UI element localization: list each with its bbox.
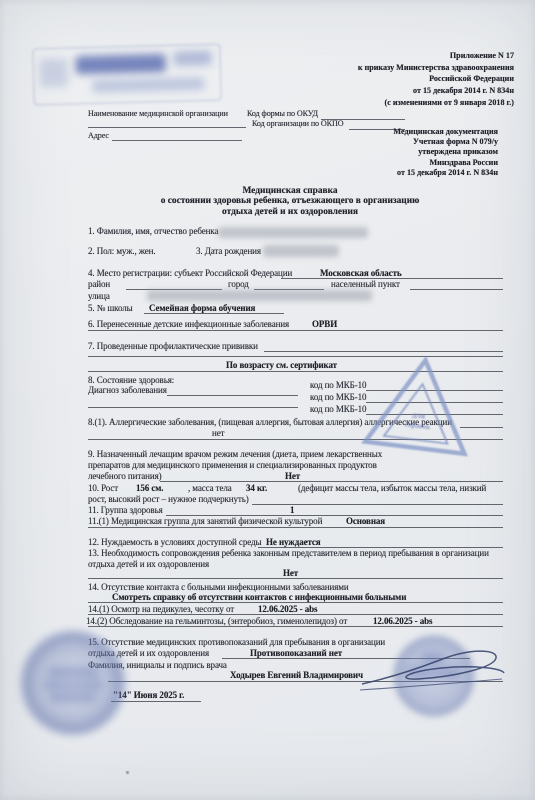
redacted-birth-date: [263, 245, 339, 257]
round-seal-left: [18, 628, 128, 738]
field-9-underline: [160, 481, 503, 482]
org-name-label: Наименование медицинской организации: [88, 109, 228, 118]
field-12-value: Не нуждается: [266, 537, 321, 547]
field-10-height-value: 156 см.: [136, 483, 163, 493]
field-5-label: 5. № школы: [88, 303, 133, 313]
field-4-label: 4. Место регистрации: субъект Российской…: [88, 268, 292, 278]
field-8-1-value: нет: [212, 428, 224, 438]
field-13-line1: 13. Необходимость сопровождения ребенка …: [88, 548, 489, 558]
field-9-line1: 9. Назначенный лечащим врачом режим лече…: [88, 449, 382, 459]
field-4-np-label: населенный пункт: [331, 279, 400, 289]
document-title: Медицинская справка о состоянии здоровья…: [60, 186, 520, 217]
stamp-text-blur: [76, 54, 166, 74]
signature-stroke: [362, 651, 504, 684]
field-4-gorod-label: город: [228, 279, 249, 289]
field-8-diag-label: Диагноз заболевания: [88, 385, 167, 395]
triangle-stamp-outer: [365, 354, 475, 454]
triangle-stamp-text: для: [412, 410, 427, 421]
doctor-signature: [356, 638, 508, 696]
field-11-value: 1: [290, 505, 294, 515]
triangle-stamp-text: справок: [404, 420, 432, 431]
appendix-line: Приложение N 17: [214, 50, 514, 62]
field-9-value: Нет: [285, 471, 300, 481]
field-8-label: 8. Состояние здоровья:: [88, 375, 174, 385]
field-4-raion-label: район: [88, 279, 110, 289]
field-14-1-underline: [88, 614, 503, 615]
doc-form-line: утверждена приказом: [238, 147, 498, 157]
paper-speck: [126, 771, 129, 774]
doc-form-block: Медицинская документация Учетная форма N…: [238, 127, 498, 178]
doc-form-line: от 15 декабря 2014 г. N 834н: [238, 168, 498, 178]
field-4-street-label: улица: [88, 291, 110, 301]
okud-label: Код формы по ОКУД: [247, 109, 318, 118]
field-13-value: Нет: [283, 568, 298, 578]
appendix-line: (с изменениями от 9 января 2018 г.): [214, 97, 514, 109]
field-11-label: 11. Группа здоровья: [88, 505, 163, 515]
field-14-1-value: 12.06.2025 - abs: [258, 604, 317, 614]
field-14-value: Смотреть справку об отсутствии контактов…: [112, 592, 406, 602]
diag-underline-2: [88, 407, 298, 408]
stamp-text-blur: [92, 77, 204, 93]
doc-form-line: Медицинская документация: [238, 127, 498, 137]
triangle-stamp: для справок: [360, 350, 479, 460]
stamp-emblem-blur: [40, 59, 69, 88]
field-6-underline: [88, 330, 503, 331]
mkb-label-2: код по МКБ-10: [310, 392, 366, 402]
seal-text-blur: [48, 668, 98, 677]
field-1-label: 1. Фамилия, имя, отчество ребенка: [88, 226, 218, 236]
stamp-text-blur: [173, 51, 211, 66]
field-14-underline: [88, 602, 503, 603]
address-label: Адрес: [88, 131, 109, 140]
mkb-label-1: код по МКБ-10: [310, 380, 366, 390]
org-name-underline: [88, 127, 246, 128]
signature-stroke: [360, 679, 502, 690]
field-11-1-value: Основная: [346, 516, 385, 526]
title-line: о состоянии здоровья ребенка, отъезжающе…: [60, 196, 520, 206]
field-13-line2: отдыха детей и их оздоровления: [88, 559, 209, 569]
mkb-label-3: код по МКБ-10: [310, 404, 366, 414]
appendix-line: Российской Федерации: [214, 73, 514, 85]
doctor-name: Ходырев Евгений Владимирович: [230, 670, 363, 680]
np-underline: [410, 289, 503, 290]
field-15-value: Противопоказаний нет: [250, 648, 342, 658]
field-14-2-underline: [88, 626, 503, 627]
diag-underline-1: [167, 395, 298, 396]
field-11-1-underline: [88, 527, 503, 528]
field-11-1-label: 11.(1) Медицинская группа для занятий фи…: [88, 516, 322, 526]
field-10-note1: (дефицит массы тела, избыток массы тела,…: [298, 483, 486, 493]
title-line: отдыха детей и их оздоровления: [60, 207, 520, 217]
title-line: Медицинская справка: [60, 186, 520, 196]
field-2-label: 2. Пол: муж., жен.: [88, 246, 156, 256]
field-14-label: 14. Отсутствие контакта с больными инфек…: [88, 582, 349, 592]
field-7-label: 7. Проведенные профилактические прививки: [88, 341, 258, 351]
field-10-label: 10. Рост: [88, 483, 118, 493]
appendix-line: к приказу Министерства здравоохранения: [214, 62, 514, 74]
field-13-underline: [88, 578, 503, 579]
field-9-line2: препаратов для медицинского применения и…: [88, 460, 377, 470]
seal-text-blur: [44, 681, 102, 689]
document-photo: Приложение N 17 к приказу Министерства з…: [0, 0, 535, 800]
field-10-mass-label: , масса тела: [188, 483, 232, 493]
field-5-value: Семейная форма обучения: [149, 303, 255, 313]
doc-form-line: Минздрава России: [238, 158, 498, 168]
field-7-underline-2: [88, 356, 503, 357]
field-5-underline: [144, 313, 284, 314]
field-10-note2: рост, высокий рост – нужное подчеркнуть): [88, 494, 249, 504]
field-12-label: 12. Нуждаемость в условиях доступной сре…: [88, 537, 261, 547]
redacted-street: [147, 290, 372, 301]
field-6-label: 6. Перенесенные детские инфекционные заб…: [88, 319, 289, 329]
field-6-value: ОРВИ: [312, 319, 337, 329]
seal-text-blur: [50, 693, 96, 701]
field-9-line3: лечебного питания): [88, 471, 162, 481]
appendix-line: от 15 декабря 2014 г. N 834н: [214, 85, 514, 97]
top-left-stamp: [32, 44, 221, 106]
field-10-mass-value: 34 кг.: [246, 483, 267, 493]
appendix-block: Приложение N 17 к приказу Министерства з…: [214, 50, 514, 109]
address-underline: [112, 140, 242, 141]
field-3-label: 3. Дата рождения: [196, 246, 261, 256]
field-14-2-label: 14.(2) Обследование на гельминтозы, (энт…: [86, 616, 347, 626]
field-4-value: Московская область: [320, 268, 402, 278]
redacted-child-name: [218, 227, 368, 238]
field-14-2-value: 12.06.2025 - abs: [373, 616, 432, 626]
field-14-1-label: 14.(1) Осмотр на педикулез, чесотку от: [88, 604, 234, 614]
field-15-line1: 15. Отсутствие медицинских противопоказа…: [88, 637, 385, 647]
doc-form-line: Учетная форма N 079/у: [238, 137, 498, 147]
field-7-value: По возрасту см. сертификат: [226, 360, 337, 370]
